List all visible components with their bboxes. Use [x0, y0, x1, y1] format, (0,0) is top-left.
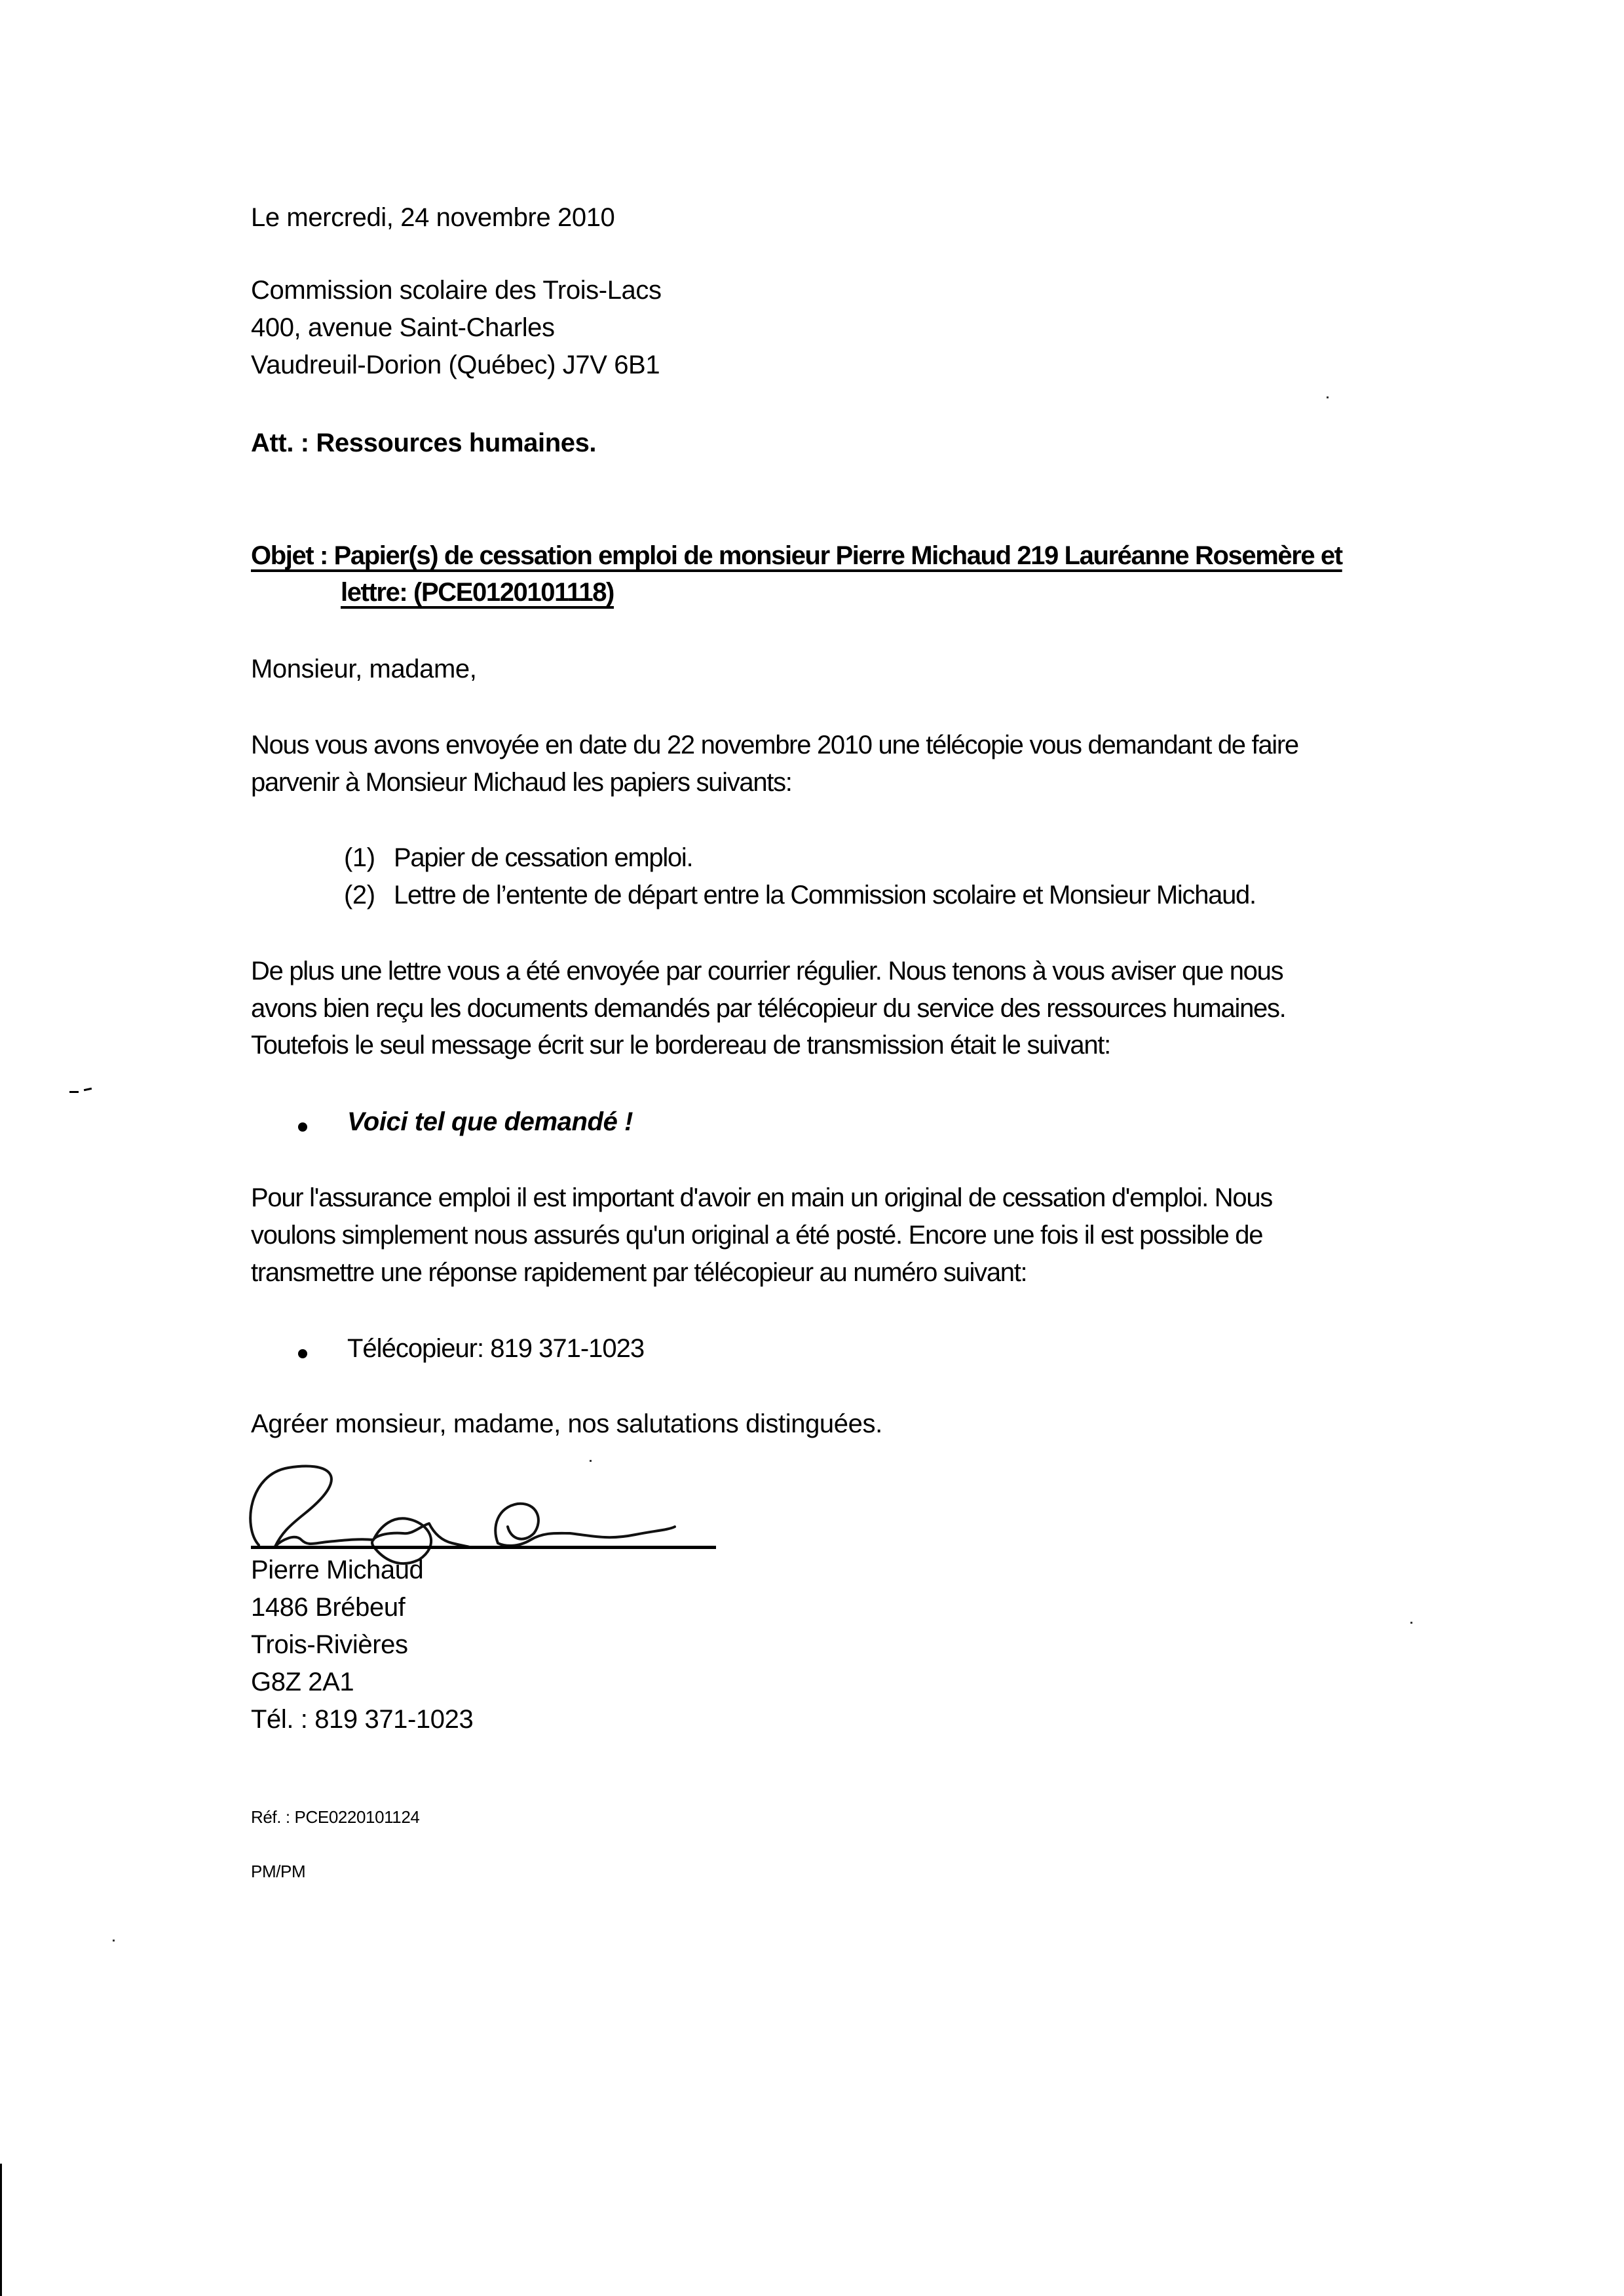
paragraph-3-line-1: Pour l'assurance emploi il est important… — [251, 1179, 1272, 1216]
subject-line-1: Objet : Papier(s) de cessation emploi de… — [251, 537, 1342, 574]
paragraph-2-line-1: De plus une lettre vous a été envoyée pa… — [251, 953, 1283, 989]
numbered-item-1-text: Papier de cessation emploi. — [394, 839, 692, 876]
scan-speck — [1410, 1622, 1412, 1624]
numbered-item-2-text: Lettre de l’entente de départ entre la C… — [394, 877, 1256, 913]
sender-city: Trois-Rivières — [251, 1626, 408, 1663]
letter-date: Le mercredi, 24 novembre 2010 — [251, 199, 614, 236]
signature-line — [251, 1546, 716, 1549]
recipient-line-1: Commission scolaire des Trois-Lacs — [251, 272, 662, 309]
scan-speck — [113, 1940, 115, 1942]
paragraph-1-line-1: Nous vous avons envoyée en date du 22 no… — [251, 727, 1298, 763]
recipient-line-2: 400, avenue Saint-Charles — [251, 309, 555, 346]
sender-street: 1486 Brébeuf — [251, 1589, 405, 1626]
subject-line-2: lettre: (PCE0120101118) — [341, 574, 614, 611]
closing-line: Agréer monsieur, madame, nos salutations… — [251, 1406, 882, 1442]
paragraph-3-line-2: voulons simplement nous assurés qu'un or… — [251, 1217, 1262, 1253]
numbered-item-1-number: (1) — [344, 839, 375, 876]
numbered-item-2-number: (2) — [344, 877, 375, 913]
sender-postal-code: G8Z 2A1 — [251, 1664, 354, 1700]
scanned-letter-page: Le mercredi, 24 novembre 2010 Commission… — [0, 0, 1624, 2296]
scan-artifact — [69, 1091, 79, 1093]
reference-number: Réf. : PCE0220101124 — [251, 1805, 420, 1829]
fax-number: Télécopieur: 819 371-1023 — [347, 1330, 644, 1367]
bullet-icon — [298, 1122, 307, 1132]
initials: PM/PM — [251, 1860, 305, 1883]
recipient-line-3: Vaudreuil-Dorion (Québec) J7V 6B1 — [251, 347, 660, 383]
paragraph-2-line-2: avons bien reçu les documents demandés p… — [251, 990, 1286, 1027]
salutation: Monsieur, madame, — [251, 651, 476, 687]
sender-phone: Tél. : 819 371-1023 — [251, 1701, 473, 1738]
scan-speck — [590, 1460, 592, 1462]
scan-artifact — [84, 1088, 92, 1091]
attention-line: Att. : Ressources humaines. — [251, 425, 596, 461]
paragraph-1-line-2: parvenir à Monsieur Michaud les papiers … — [251, 764, 792, 801]
scan-edge-mark — [0, 2164, 2, 2296]
scan-speck — [1327, 396, 1329, 398]
paragraph-2-line-3: Toutefois le seul message écrit sur le b… — [251, 1027, 1110, 1063]
sender-name: Pierre Michaud — [251, 1552, 423, 1588]
quoted-message: Voici tel que demandé ! — [347, 1103, 633, 1140]
paragraph-3-line-3: transmettre une réponse rapidement par t… — [251, 1254, 1027, 1291]
bullet-icon — [298, 1349, 307, 1358]
